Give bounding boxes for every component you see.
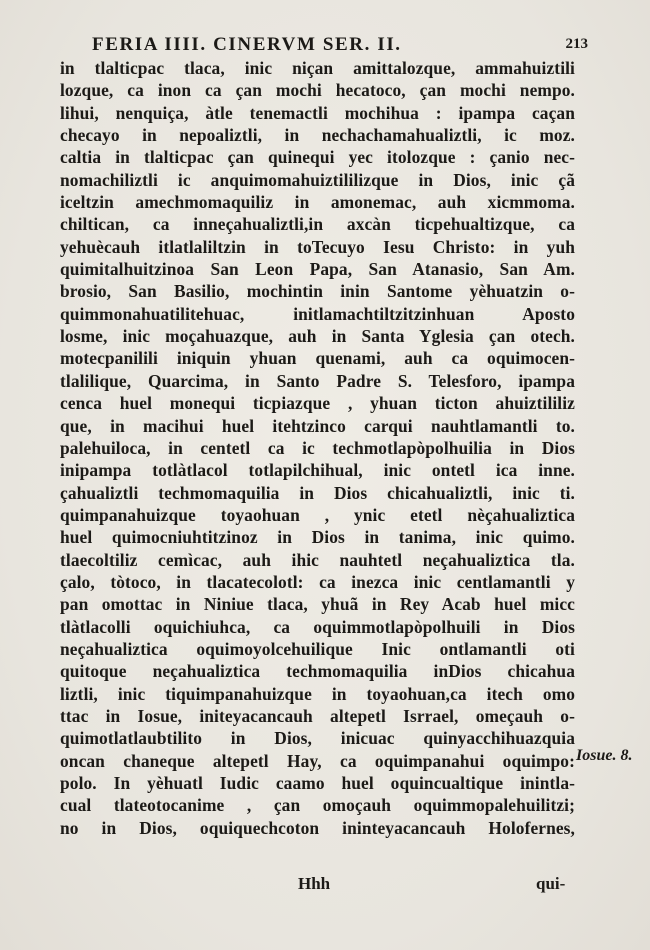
- text-line: çalo, tòtoco, in tlacatecolotl: ca inezc…: [60, 571, 575, 593]
- text-line: caltia in tlalticpac çan quinequi yec it…: [60, 146, 575, 168]
- running-head: FERIA IIII. CINERVM SER. II. 213: [92, 34, 588, 56]
- text-line: huel quimocniuhtitzinoz in Dios in tanim…: [60, 526, 575, 548]
- text-line: pan omottac in Niniue tlaca, yhuã in Rey…: [60, 593, 575, 615]
- text-line: quimotlatlaubtilito in Dios, inicuac qui…: [60, 727, 575, 749]
- text-line: motecpanilili iniquin yhuan quenami, auh…: [60, 347, 575, 369]
- text-line: in tlalticpac tlaca, inic niçan amittalo…: [60, 57, 575, 79]
- text-line: quimpanahuizque toyaohuan , ynic etetl n…: [60, 504, 575, 526]
- text-line: que, in macihui huel itehtzinco carqui n…: [60, 415, 575, 437]
- marginal-note: Iosue. 8.: [576, 747, 632, 765]
- text-line: quitoque neçahualiztica techmomaquilia i…: [60, 660, 575, 682]
- text-line: yehuècauh itlatlaliltzin in toTecuyo Ies…: [60, 236, 575, 258]
- text-line: quimitalhuitzinoa San Leon Papa, San Ata…: [60, 258, 575, 280]
- text-line: chiltican, ca inneçahualiztli,in axcàn t…: [60, 213, 575, 235]
- catchword: qui-: [536, 874, 565, 894]
- text-line: checayo in nepoaliztli, in nechachamahua…: [60, 124, 575, 146]
- text-line: nomachiliztli ic anquimomahuiztililizque…: [60, 169, 575, 191]
- running-head-title: FERIA IIII. CINERVM SER. II.: [92, 34, 402, 56]
- text-line: iceltzin amechmomaquiliz in amonemac, au…: [60, 191, 575, 213]
- text-line: lozque, ca inon ca çan mochi hecatoco, ç…: [60, 79, 575, 101]
- text-line: oncan chaneque altepetl Hay, ca oquimpan…: [60, 750, 575, 772]
- text-line: çahualiztli techmomaquilia in Dios chica…: [60, 482, 575, 504]
- text-line: cenca huel monequi ticpiazque , yhuan ti…: [60, 392, 575, 414]
- text-line: tlalilique, Quarcima, in Santo Padre S. …: [60, 370, 575, 392]
- folio-number: 213: [566, 36, 589, 53]
- signature-mark: Hhh: [298, 874, 330, 894]
- text-line: tlaecoltiliz cemìcac, auh ihic nauhtetl …: [60, 549, 575, 571]
- text-line: cual tlateotocanime , çan omoçauh oquimm…: [60, 794, 575, 816]
- text-line: losme, inic moçahuazque, auh in Santa Yg…: [60, 325, 575, 347]
- text-line: brosio, San Basilio, mochintin inin Sant…: [60, 280, 575, 302]
- text-line: liztli, inic tiquimpanahuizque in toyaoh…: [60, 683, 575, 705]
- text-line: tlàtlacolli oquichiuhca, ca oquimmotlapò…: [60, 616, 575, 638]
- text-line: polo. In yèhuatl Iudic caamo huel oquinc…: [60, 772, 575, 794]
- text-line: inipampa totlàtlacol totlapilchihual, in…: [60, 459, 575, 481]
- body-text-block: in tlalticpac tlaca, inic niçan amittalo…: [60, 57, 575, 839]
- book-page: FERIA IIII. CINERVM SER. II. 213 in tlal…: [0, 0, 650, 950]
- text-line: no in Dios, oquiquechcoton ininteyacanca…: [60, 817, 575, 839]
- text-line: lihui, nenquiça, àtle tenemactli mochihu…: [60, 102, 575, 124]
- text-line: neçahualiztica oquimoyolcehuilique Inic …: [60, 638, 575, 660]
- text-line: ttac in Iosue, initeyacancauh altepetl I…: [60, 705, 575, 727]
- text-line: quimmonahuatilitehuac, initlamachtiltzit…: [60, 303, 575, 325]
- text-line: palehuiloca, in centetl ca ic techmotlap…: [60, 437, 575, 459]
